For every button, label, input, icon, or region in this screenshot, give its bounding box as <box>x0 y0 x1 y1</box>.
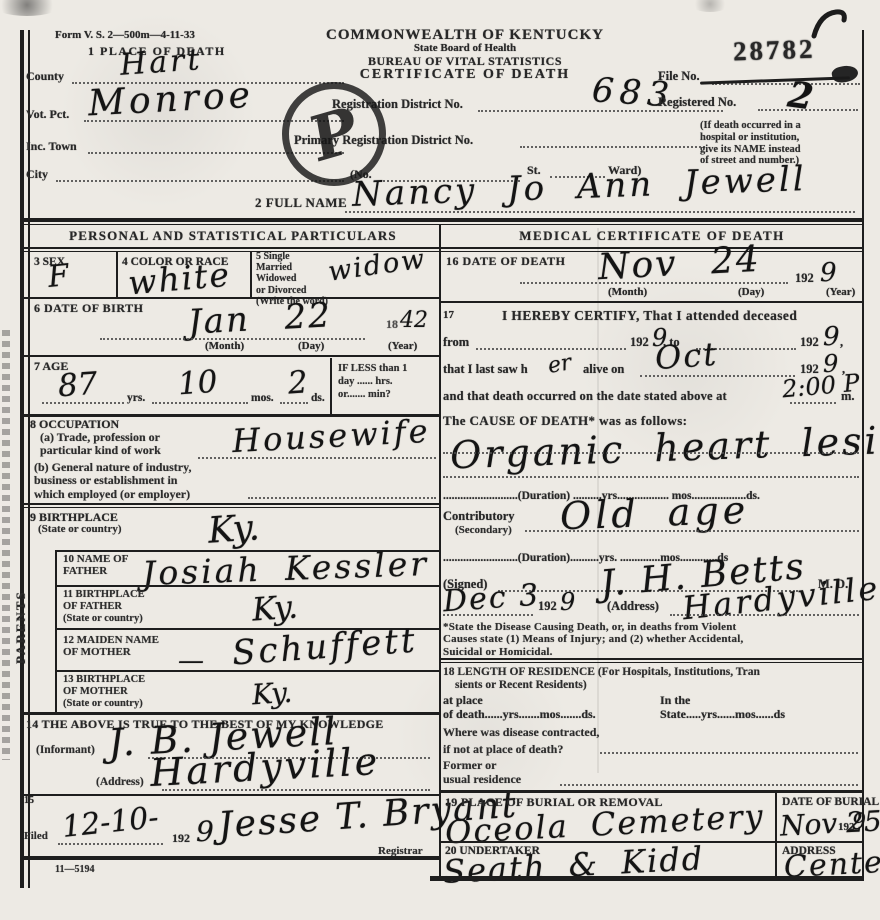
row-rule <box>22 355 439 357</box>
margin-marks <box>2 330 10 760</box>
sex-value: F <box>46 261 70 293</box>
age-years-value: 87 <box>57 369 99 403</box>
if-less-line: day ...... hrs. <box>338 376 393 387</box>
medical-section-title: MEDICAL CERTIFICATE OF DEATH <box>442 229 862 243</box>
age-mos-label: mos. <box>251 392 274 404</box>
father-bp-line: 11 BIRTHPLACE <box>63 589 145 600</box>
age-line <box>280 402 308 404</box>
mother-name-value: Schuffett <box>231 624 419 671</box>
precinct-value: Monroe <box>87 78 255 123</box>
left-bottom-rule <box>20 856 440 860</box>
filed-label: Filed <box>24 830 48 842</box>
signed-address-line <box>670 614 859 616</box>
left-border-inner <box>28 30 30 888</box>
occupation-label: 8 OCCUPATION <box>30 418 119 431</box>
from-label: from <box>443 336 469 350</box>
mother-label-line: 12 MAIDEN NAME <box>63 634 159 646</box>
mother-label-line: OF MOTHER <box>63 646 131 658</box>
signed-year-printed: 192 <box>538 600 557 614</box>
last-saw-text2: alive on <box>583 363 624 377</box>
undertaker-cell-divider <box>775 843 777 876</box>
age-line <box>152 402 248 404</box>
row-rule2 <box>441 662 862 663</box>
personal-section-title: PERSONAL AND STATISTICAL PARTICULARS <box>30 229 436 243</box>
father-birthplace-label: 11 BIRTHPLACE OF FATHER (State or countr… <box>63 589 145 624</box>
former-line-rule <box>560 784 858 786</box>
dod-year-label: (Year) <box>826 287 855 299</box>
at-place-label: at place <box>443 694 483 707</box>
footnote-line: Suicidal or Homicidal. <box>443 646 553 658</box>
former-line: usual residence <box>443 772 521 786</box>
occ-b-line: (b) General nature of industry, <box>34 460 191 474</box>
dod-line <box>520 282 788 284</box>
certify-text: I HEREBY CERTIFY, That I attended deceas… <box>502 309 797 324</box>
signed-date-value: Dec 3 <box>442 581 541 618</box>
dob-year-printed: 18 <box>386 318 398 331</box>
informant-address-value: Hardyville <box>149 742 381 792</box>
former-residence-label: Former or usual residence <box>443 758 521 787</box>
father-bp-line: (State or country) <box>63 613 143 624</box>
from-line <box>476 348 626 350</box>
masthead-rule <box>20 218 864 222</box>
father-birthplace-value: Ky. <box>251 590 299 625</box>
if-less-line: or....... min? <box>338 389 391 400</box>
informant-address-line <box>162 789 430 791</box>
p-stamp: P <box>282 82 386 186</box>
masthead-rule-thin <box>20 224 864 225</box>
from-year-printed: 192 <box>630 336 649 350</box>
cause-line <box>443 452 859 454</box>
dod-year-hand: 9 <box>820 260 837 286</box>
burial-year-hand: 9 <box>852 812 866 834</box>
parents-side-label: PARENTS <box>14 590 28 664</box>
occupation-a-line <box>198 457 436 459</box>
dod-value: Nov 24 <box>597 242 761 286</box>
certificate-text: CERTIFICATE OF DEATH <box>360 67 570 82</box>
last-saw-hand-er: er <box>546 352 573 378</box>
primary-district-line <box>520 146 705 148</box>
county-value: Hart <box>119 45 203 81</box>
p-stamp-letter: P <box>305 91 363 176</box>
dod-year-printed: 192 <box>795 272 814 286</box>
mother-birthplace-value: Ky. <box>251 679 293 710</box>
in-the-label: In the <box>660 694 690 707</box>
contracted-line: Where was disease contracted, <box>443 725 599 739</box>
footnote-line: Causes state (1) Means of Injury; and (2… <box>443 633 743 645</box>
hospital-note-line: give its NAME instead <box>700 144 801 155</box>
row-rule <box>441 301 862 303</box>
form-number: Form V. S. 2—500m—4-11-33 <box>55 30 195 42</box>
dob-value: Jan 22 <box>187 298 332 339</box>
cell-divider <box>116 252 118 298</box>
contributory-value: Old age <box>559 491 749 536</box>
commonwealth-title: COMMONWEALTH OF KENTUCKY <box>300 27 630 43</box>
death-time-line <box>790 402 836 404</box>
marital-label-line: Widowed <box>256 273 296 284</box>
contracted-line-rule <box>600 752 858 754</box>
comma-mark: , <box>840 336 843 350</box>
filed-number: 15 <box>24 796 34 807</box>
father-name-value: Josiah Kessler <box>142 547 430 590</box>
parents-box-left <box>55 550 57 714</box>
certificate-number: 28782 <box>733 35 816 67</box>
age-box-divider <box>330 358 332 414</box>
full-name-label: 2 FULL NAME <box>255 196 347 210</box>
registered-no-value: 2 <box>786 76 816 115</box>
bureau-text: BUREAU OF VITAL STATISTICS <box>368 54 562 68</box>
commonwealth-text: COMMONWEALTH OF KENTUCKY <box>326 27 604 43</box>
race-value: white <box>127 258 232 300</box>
personal-title-text: PERSONAL AND STATISTICAL PARTICULARS <box>69 228 397 243</box>
age-ds-label: ds. <box>311 392 325 404</box>
column-divider <box>439 224 441 876</box>
registered-no-label: Registered No. <box>658 96 736 110</box>
age-yrs-label: yrs. <box>127 392 145 404</box>
if-less-note: IF LESS than 1 day ...... hrs. or.......… <box>338 362 407 401</box>
footnote-line: *State the Disease Causing Death, or, in… <box>443 621 736 633</box>
age-line <box>42 402 124 404</box>
death-certificate-scan: Form V. S. 2—500m—4-11-33 1 PLACE OF DEA… <box>0 0 880 920</box>
father-label-line: FATHER <box>63 565 107 577</box>
last-saw-date: Oct <box>654 338 719 374</box>
dob-month-label: (Month) <box>205 341 244 353</box>
plate-code: 11—5194 <box>55 864 94 875</box>
dob-label: 6 DATE OF BIRTH <box>34 302 143 315</box>
death-m-label: m. <box>841 390 855 404</box>
occ-b-line: business or establishment in <box>34 473 177 487</box>
occ-a-line: (a) Trade, profession or <box>40 430 160 444</box>
mother-bp-line: (State or country) <box>63 698 143 709</box>
age-days-value: 2 <box>287 367 309 399</box>
signed-address-label: (Address) <box>607 600 659 614</box>
mother-name-label: 12 MAIDEN NAME OF MOTHER <box>63 634 159 659</box>
of-death-row: of death......yrs.......mos.......ds. <box>443 708 596 721</box>
contracted-line: if not at place of death? <box>443 742 563 756</box>
dob-year-hand: 42 <box>400 310 428 332</box>
residence-label: 18 LENGTH OF RESIDENCE (For Hospitals, I… <box>443 666 760 692</box>
filed-year-printed: 192 <box>172 832 190 845</box>
ink-blob <box>831 63 860 84</box>
hospital-note-line: (If death occurred in a <box>700 120 801 131</box>
row-rule <box>441 658 862 660</box>
mother-bp-line: OF MOTHER <box>63 686 128 697</box>
county-label: County <box>26 70 64 83</box>
hospital-note-line: hospital or institution, <box>700 132 799 143</box>
cell-divider <box>250 252 252 298</box>
birthplace-value: Ky. <box>207 510 261 550</box>
occ-a-line: particular kind of work <box>40 443 161 457</box>
dod-month-label: (Month) <box>608 287 647 299</box>
city-line <box>56 180 344 182</box>
father-bp-line: OF FATHER <box>63 601 122 612</box>
occupation-b-line <box>248 497 436 499</box>
filed-date-value: 12-10- <box>61 803 160 843</box>
occupation-a-label: (a) Trade, profession or particular kind… <box>40 431 161 458</box>
residence-line: sients or Recent Residents) <box>443 679 587 691</box>
row-rule2 <box>22 507 439 508</box>
precinct-label: Vot. Pct. <box>26 108 69 121</box>
birthplace-sub-label: (State or country) <box>38 523 122 535</box>
cause-line2 <box>443 476 859 478</box>
dod-label: 16 DATE OF DEATH <box>446 255 565 268</box>
age-months-value: 10 <box>177 367 219 401</box>
scan-blotch <box>690 0 730 12</box>
former-line: Former or <box>443 758 496 772</box>
certificate-title: CERTIFICATE OF DEATH <box>300 67 630 82</box>
bureau-title: BUREAU OF VITAL STATISTICS <box>300 55 630 68</box>
dod-day-label: (Day) <box>738 287 764 299</box>
last-saw-text: that I last saw h <box>443 363 528 377</box>
contracted-label: Where was disease contracted, if not at … <box>443 724 599 759</box>
marital-label-line: or Divorced <box>256 285 306 296</box>
board-text: State Board of Health <box>414 42 516 54</box>
right-bottom-rule <box>430 876 864 881</box>
scan-blotch <box>0 0 62 16</box>
row-rule <box>22 503 439 505</box>
marital-label-line: 5 Single <box>256 251 290 262</box>
occ-b-line: which employed (or employer) <box>34 487 190 501</box>
city-label: City <box>26 168 48 181</box>
row-rule-heavy <box>441 790 862 793</box>
birthplace-label: 9 BIRTHPLACE <box>30 511 118 524</box>
to-year-printed: 192 <box>800 336 819 350</box>
secondary-label: (Secondary) <box>455 524 512 536</box>
informant-label: (Informant) <box>36 744 95 757</box>
informant-address-label: (Address) <box>96 776 144 789</box>
if-less-line: IF LESS than 1 <box>338 363 407 374</box>
occupation-b-label: (b) General nature of industry, business… <box>34 461 191 501</box>
to-year-hand: 9 <box>823 324 840 350</box>
cause-footnote: *State the Disease Causing Death, or, in… <box>443 621 743 658</box>
state-row: State.....yrs......mos......ds <box>660 708 785 721</box>
full-name-value: Nancy Jo Ann Jewell <box>352 162 808 212</box>
personal-title-rule <box>22 247 439 249</box>
father-label-line: 10 NAME OF <box>63 553 128 565</box>
death-occurred-text: and that death occurred on the date stat… <box>443 390 727 404</box>
burial-cell-divider <box>775 793 777 841</box>
file-no-label: File No. <box>658 70 700 84</box>
filed-year-hand: 9 <box>196 818 214 846</box>
parents-row-rule <box>57 670 439 672</box>
row-rule <box>22 297 439 299</box>
signed-year-hand: 9 <box>560 590 575 614</box>
marital-label-line: Married <box>256 262 292 273</box>
mother-birthplace-label: 13 BIRTHPLACE OF MOTHER (State or countr… <box>63 674 145 709</box>
dob-year-label: (Year) <box>388 341 417 353</box>
occupation-a-value: Housewife <box>231 415 431 457</box>
contributory-line <box>525 530 859 532</box>
dob-day-label: (Day) <box>298 341 324 353</box>
parents-row-rule <box>57 585 439 587</box>
father-name-label: 10 NAME OF FATHER <box>63 553 128 578</box>
left-border-outer <box>20 30 24 888</box>
signed-date-line <box>443 614 533 616</box>
inc-town-label: Inc. Town <box>26 140 77 153</box>
filed-line <box>58 843 163 845</box>
certify-number: 17 <box>443 310 454 322</box>
residence-line: 18 LENGTH OF RESIDENCE (For Hospitals, I… <box>443 666 760 678</box>
mother-bp-line: 13 BIRTHPLACE <box>63 674 145 685</box>
contributory-label: Contributory <box>443 510 515 524</box>
